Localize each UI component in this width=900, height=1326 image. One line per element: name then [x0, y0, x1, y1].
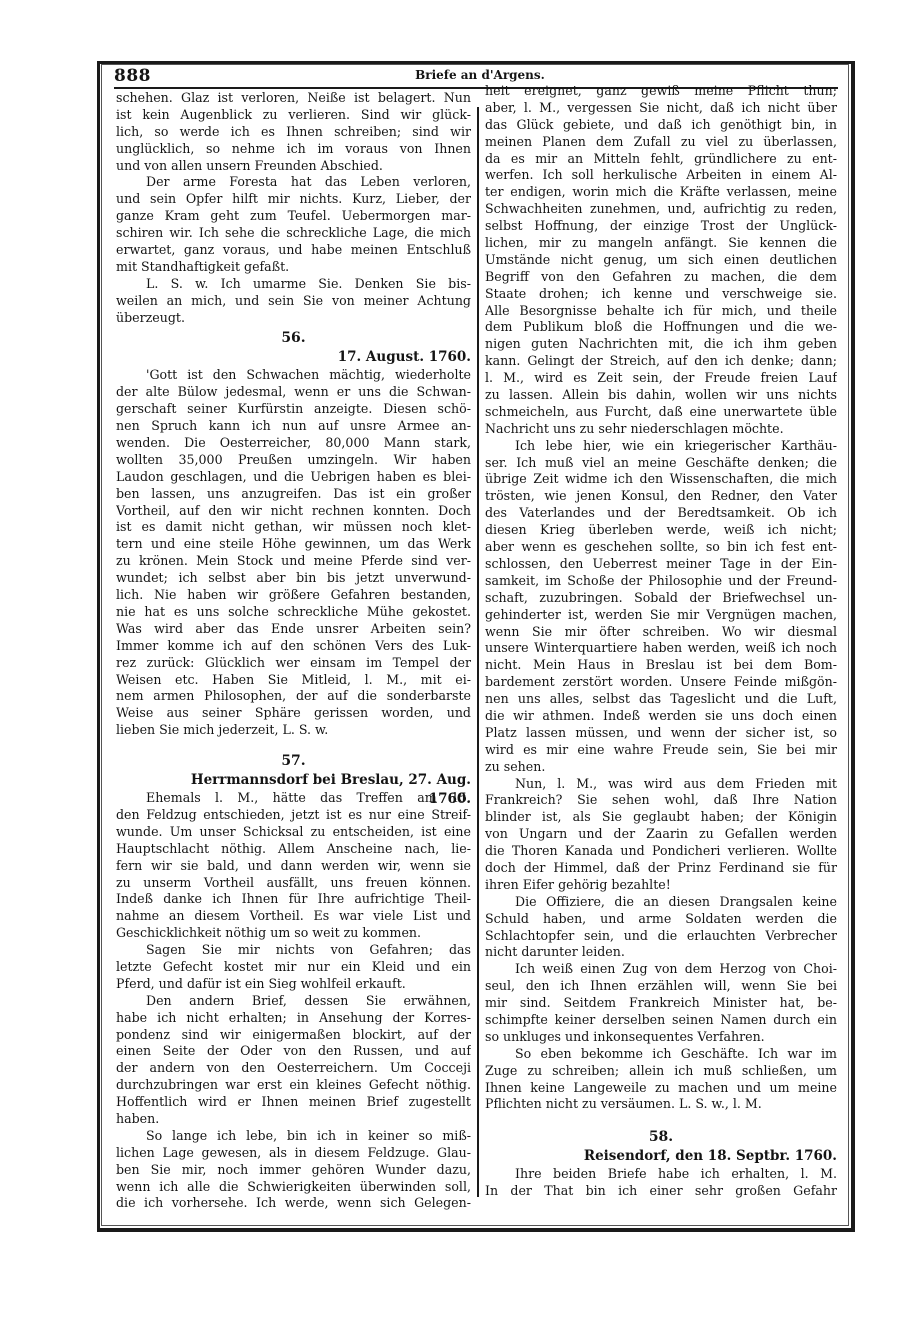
- letter-57-body: Ehemals l. M., hätte das Treffen am 15.d…: [116, 790, 471, 1212]
- text-line: In der That bin ich einer sehr großen Ge…: [485, 1183, 837, 1200]
- text-line: nahme an diesem Vortheil. Es war viele L…: [116, 908, 471, 925]
- text-line: Hauptschlacht nöthig. Allem Anscheine na…: [116, 841, 471, 858]
- text-line: von Ungarn und der Zaarin zu Gefallen we…: [485, 826, 837, 843]
- right-column: heit ereignet, ganz gewiß meine Pflicht …: [485, 83, 837, 1200]
- text-line: wollten 35,000 Preußen umzingeln. Wir ha…: [116, 452, 471, 469]
- text-line: ben lassen, uns anzugreifen. Das ist ein…: [116, 486, 471, 503]
- text-line: heit ereignet, ganz gewiß meine Pflicht …: [485, 83, 837, 100]
- text-line: nen Spruch kann ich nun auf unsre Armee …: [116, 418, 471, 435]
- text-line: Sagen Sie mir nichts von Gefahren; das: [116, 942, 471, 959]
- text-line: So lange ich lebe, bin ich in keiner so …: [116, 1128, 471, 1145]
- text-line: letzte Gefecht kostet mir nur ein Kleid …: [116, 959, 471, 976]
- text-line: Ihnen keine Langeweile zu machen und um …: [485, 1080, 837, 1097]
- text-line: die ich vorhersehe. Ich werde, wenn sich…: [116, 1195, 471, 1212]
- text-line: Schuld haben, und arme Soldaten werden d…: [485, 911, 837, 928]
- text-line: Indeß danke ich Ihnen für Ihre aufrichti…: [116, 891, 471, 908]
- text-line: Platz lassen müssen, und wenn der sicher…: [485, 725, 837, 742]
- text-line: pondenz sind wir einigermaßen blockirt, …: [116, 1027, 471, 1044]
- text-line: einen Seite der Oder von den Russen, und…: [116, 1043, 471, 1060]
- text-line: mir sind. Seitdem Frankreich Minister ha…: [485, 995, 837, 1012]
- text-line: wenn ich alle die Schwierigkeiten überwi…: [116, 1179, 471, 1196]
- text-line: L. S. w. Ich umarme Sie. Denken Sie bis-: [116, 276, 471, 293]
- text-line: nem armen Philosophen, der auf die sonde…: [116, 688, 471, 705]
- text-line: wunde. Um unser Schicksal zu entscheiden…: [116, 824, 471, 841]
- text-line: Laudon geschlagen, und die Uebrigen habe…: [116, 469, 471, 486]
- text-line: gehinderter ist, werden Sie mir Vergnüge…: [485, 607, 837, 624]
- text-line: mit Standhaftigkeit gefaßt.: [116, 259, 471, 276]
- text-line: schiren wir. Ich sehe die schreckliche L…: [116, 225, 471, 242]
- letter-date-56: 17. August. 1760.: [116, 348, 471, 367]
- text-line: wundet; ich selbst aber bin bis jetzt un…: [116, 570, 471, 587]
- text-line: Die Offiziere, die an diesen Drangsalen …: [485, 894, 837, 911]
- text-line: ser. Ich muß viel an meine Geschäfte den…: [485, 455, 837, 472]
- text-line: das Glück gebiete, und daß ich genöthigt…: [485, 117, 837, 134]
- text-line: nie hat es uns solche schreckliche Mühe …: [116, 604, 471, 621]
- letter-57-continuation: heit ereignet, ganz gewiß meine Pflicht …: [485, 83, 837, 1113]
- text-line: Schwachheiten zunehmen, und, aufrichtig …: [485, 201, 837, 218]
- text-line: meinen Planen dem Zufall zu viel zu über…: [485, 134, 837, 151]
- text-line: Weise aus seiner Sphäre gerissen worden,…: [116, 705, 471, 722]
- text-line: bardement zerstört worden. Unsere Feinde…: [485, 674, 837, 691]
- text-line: Alle Besorgnisse behalte ich für mich, u…: [485, 303, 837, 320]
- text-line: durchzubringen war erst ein kleines Gefe…: [116, 1077, 471, 1094]
- text-line: Begriff von den Gefahren zu machen, die …: [485, 269, 837, 286]
- text-line: Umstände nicht genug, um sich einen deut…: [485, 252, 837, 269]
- text-line: unsere Winterquartiere haben werden, wei…: [485, 640, 837, 657]
- text-line: lich, so werde ich es Ihnen schreiben; s…: [116, 124, 471, 141]
- text-line: Der arme Foresta hat das Leben verloren,: [116, 174, 471, 191]
- text-line: haben.: [116, 1111, 471, 1128]
- text-line: schlossen, den Ueberrest meiner Tage in …: [485, 556, 837, 573]
- text-line: Pflichten nicht zu versäumen. L. S. w., …: [485, 1096, 837, 1113]
- text-line: zu krönen. Mein Stock und meine Pferde s…: [116, 553, 471, 570]
- text-line: nen uns alles, selbst das Tageslicht und…: [485, 691, 837, 708]
- letter-date-58: Reisendorf, den 18. Septbr. 1760.: [485, 1147, 837, 1166]
- text-line: wird es mir eine wahre Freude sein, Sie …: [485, 742, 837, 759]
- text-line: schaft, zuzubringen. Sobald der Briefwec…: [485, 590, 837, 607]
- text-line: Geschicklichkeit nöthig um so weit zu ko…: [116, 925, 471, 942]
- letter-56-body: 'Gott ist den Schwachen mächtig, wiederh…: [116, 367, 471, 739]
- text-line: So eben bekomme ich Geschäfte. Ich war i…: [485, 1046, 837, 1063]
- text-line: tern und eine steile Höhe gewinnen, um d…: [116, 536, 471, 553]
- text-line: lich. Nie haben wir größere Gefahren bes…: [116, 587, 471, 604]
- text-line: ben Sie mir, noch immer gehören Wunder d…: [116, 1162, 471, 1179]
- text-line: Schlachtopfer sein, und die erlauchten V…: [485, 928, 837, 945]
- text-line: übrige Zeit widme ich den Wissenschaften…: [485, 471, 837, 488]
- text-line: die wir athmen. Indeß werden sie uns doc…: [485, 708, 837, 725]
- text-line: und sein Opfer hilft mir nichts. Kurz, L…: [116, 191, 471, 208]
- text-line: lichen, mir zu mangeln anfängt. Sie kenn…: [485, 235, 837, 252]
- text-line: 'Gott ist den Schwachen mächtig, wiederh…: [116, 367, 471, 384]
- text-line: und von allen unsern Freunden Abschied.: [116, 158, 471, 175]
- text-line: Hoffentlich wird er Ihnen meinen Brief z…: [116, 1094, 471, 1111]
- text-line: da es mir an Mitteln fehlt, gründlichere…: [485, 151, 837, 168]
- text-line: nicht. Mein Haus in Breslau ist bei dem …: [485, 657, 837, 674]
- text-line: aber wenn es geschehen sollte, so bin ic…: [485, 539, 837, 556]
- letter-number-58: 58.: [485, 1127, 837, 1147]
- text-line: lieben Sie mich jederzeit, L. S. w.: [116, 722, 471, 739]
- text-line: blinder ist, als Sie geglaubt haben; der…: [485, 809, 837, 826]
- text-line: seul, den ich Ihnen erzählen will, wenn …: [485, 978, 837, 995]
- text-line: lichen Lage gewesen, als in diesem Feldz…: [116, 1145, 471, 1162]
- text-line: Vortheil, auf den wir nicht rechnen konn…: [116, 503, 471, 520]
- running-title: Briefe an d'Argens.: [300, 68, 660, 82]
- text-line: Weisen etc. Haben Sie Mitleid, l. M., mi…: [116, 672, 471, 689]
- text-line: ist kein Augenblick zu verlieren. Sind w…: [116, 107, 471, 124]
- text-line: ganze Kram geht zum Teufel. Uebermorgen …: [116, 208, 471, 225]
- text-line: ter endigen, worin mich die Kräfte verla…: [485, 184, 837, 201]
- text-line: Pferd, und dafür ist ein Sieg wohlfeil e…: [116, 976, 471, 993]
- text-line: habe ich nicht erhalten; in Ansehung der…: [116, 1010, 471, 1027]
- text-line: schehen. Glaz ist verloren, Neiße ist be…: [116, 90, 471, 107]
- text-line: samkeit, im Schoße der Philosophie und d…: [485, 573, 837, 590]
- text-line: wenn Sie mir öfter schreiben. Wo wir die…: [485, 624, 837, 641]
- text-line: erwartet, ganz voraus, und habe meinen E…: [116, 242, 471, 259]
- text-line: unglücklich, so nehme ich im voraus von …: [116, 141, 471, 158]
- text-line: trösten, wie jenen Konsul, den Redner, d…: [485, 488, 837, 505]
- text-line: weilen an mich, und sein Sie von meiner …: [116, 293, 471, 310]
- text-line: wenden. Die Oesterreicher, 80,000 Mann s…: [116, 435, 471, 452]
- text-line: Ich lebe hier, wie ein kriegerischer Kar…: [485, 438, 837, 455]
- text-line: der andern von den Oesterreichern. Um Co…: [116, 1060, 471, 1077]
- text-line: des Vaterlandes und der Beredtsamkeit. O…: [485, 505, 837, 522]
- text-line: Den andern Brief, dessen Sie erwähnen,: [116, 993, 471, 1010]
- text-line: Nachricht uns zu sehr niederschlagen möc…: [485, 421, 837, 438]
- letter-number-56: 56.: [116, 328, 471, 348]
- text-line: zu lassen. Allein bis dahin, wollen wir …: [485, 387, 837, 404]
- letter-55-continuation: schehen. Glaz ist verloren, Neiße ist be…: [116, 90, 471, 326]
- text-line: den Feldzug entschieden, jetzt ist es nu…: [116, 807, 471, 824]
- text-line: Ihre beiden Briefe habe ich erhalten, l.…: [485, 1166, 837, 1183]
- text-line: die Thoren Kanada und Pondicheri verlier…: [485, 843, 837, 860]
- text-line: Immer komme ich auf den schönen Vers des…: [116, 638, 471, 655]
- text-line: Ich weiß einen Zug von dem Herzog von Ch…: [485, 961, 837, 978]
- text-line: nigen guten Nachrichten mit, die ich ihm…: [485, 336, 837, 353]
- text-line: Zuge zu schreiben; allein ich muß schlie…: [485, 1063, 837, 1080]
- text-line: so unkluges und inkonsequentes Verfahren…: [485, 1029, 837, 1046]
- text-line: kann. Gelingt der Streich, auf den ich d…: [485, 353, 837, 370]
- text-line: diesen Krieg überleben werde, weiß ich n…: [485, 522, 837, 539]
- text-line: der alte Bülow jedesmal, wenn er uns die…: [116, 384, 471, 401]
- text-line: aber, l. M., vergessen Sie nicht, daß ic…: [485, 100, 837, 117]
- page-number: 888: [114, 66, 151, 86]
- text-line: ist es damit nicht gethan, wir müssen no…: [116, 519, 471, 536]
- text-line: Nun, l. M., was wird aus dem Frieden mit: [485, 776, 837, 793]
- text-line: l. M., wird es Zeit sein, der Freude fre…: [485, 370, 837, 387]
- text-line: ihren Eifer gehörig bezahlte!: [485, 877, 837, 894]
- text-line: schmeicheln, aus Furcht, daß eine unerwa…: [485, 404, 837, 421]
- text-line: gerschaft seiner Kurfürstin anzeigte. Di…: [116, 401, 471, 418]
- text-line: werfen. Ich soll herkulische Arbeiten in…: [485, 167, 837, 184]
- text-line: überzeugt.: [116, 310, 471, 327]
- text-line: schimpfte keiner derselben seinen Namen …: [485, 1012, 837, 1029]
- left-column: schehen. Glaz ist verloren, Neiße ist be…: [116, 90, 471, 1212]
- text-line: selbst Hoffnung, der einzige Trost der U…: [485, 218, 837, 235]
- column-divider: [477, 107, 479, 1197]
- text-line: Ehemals l. M., hätte das Treffen am 15.: [116, 790, 471, 807]
- text-line: Was wird aber das Ende unsrer Arbeiten s…: [116, 621, 471, 638]
- letter-number-57: 57.: [116, 751, 471, 771]
- letter-date-57: Herrmannsdorf bei Breslau, 27. Aug. 1760…: [116, 771, 471, 790]
- text-line: rez zurück: Glücklich wer einsam im Temp…: [116, 655, 471, 672]
- text-line: Staate drohen; ich kenne und verschweige…: [485, 286, 837, 303]
- text-line: Frankreich? Sie sehen wohl, daß Ihre Nat…: [485, 792, 837, 809]
- text-line: fern wir sie bald, und dann werden wir, …: [116, 858, 471, 875]
- text-line: zu sehen.: [485, 759, 837, 776]
- text-line: zu unserm Vortheil ausfällt, uns freuen …: [116, 875, 471, 892]
- text-line: doch der Himmel, daß der Prinz Ferdinand…: [485, 860, 837, 877]
- text-line: nicht darunter leiden.: [485, 944, 837, 961]
- letter-58-body: Ihre beiden Briefe habe ich erhalten, l.…: [485, 1166, 837, 1200]
- text-line: dem Publikum bloß die Hoffnungen und die…: [485, 319, 837, 336]
